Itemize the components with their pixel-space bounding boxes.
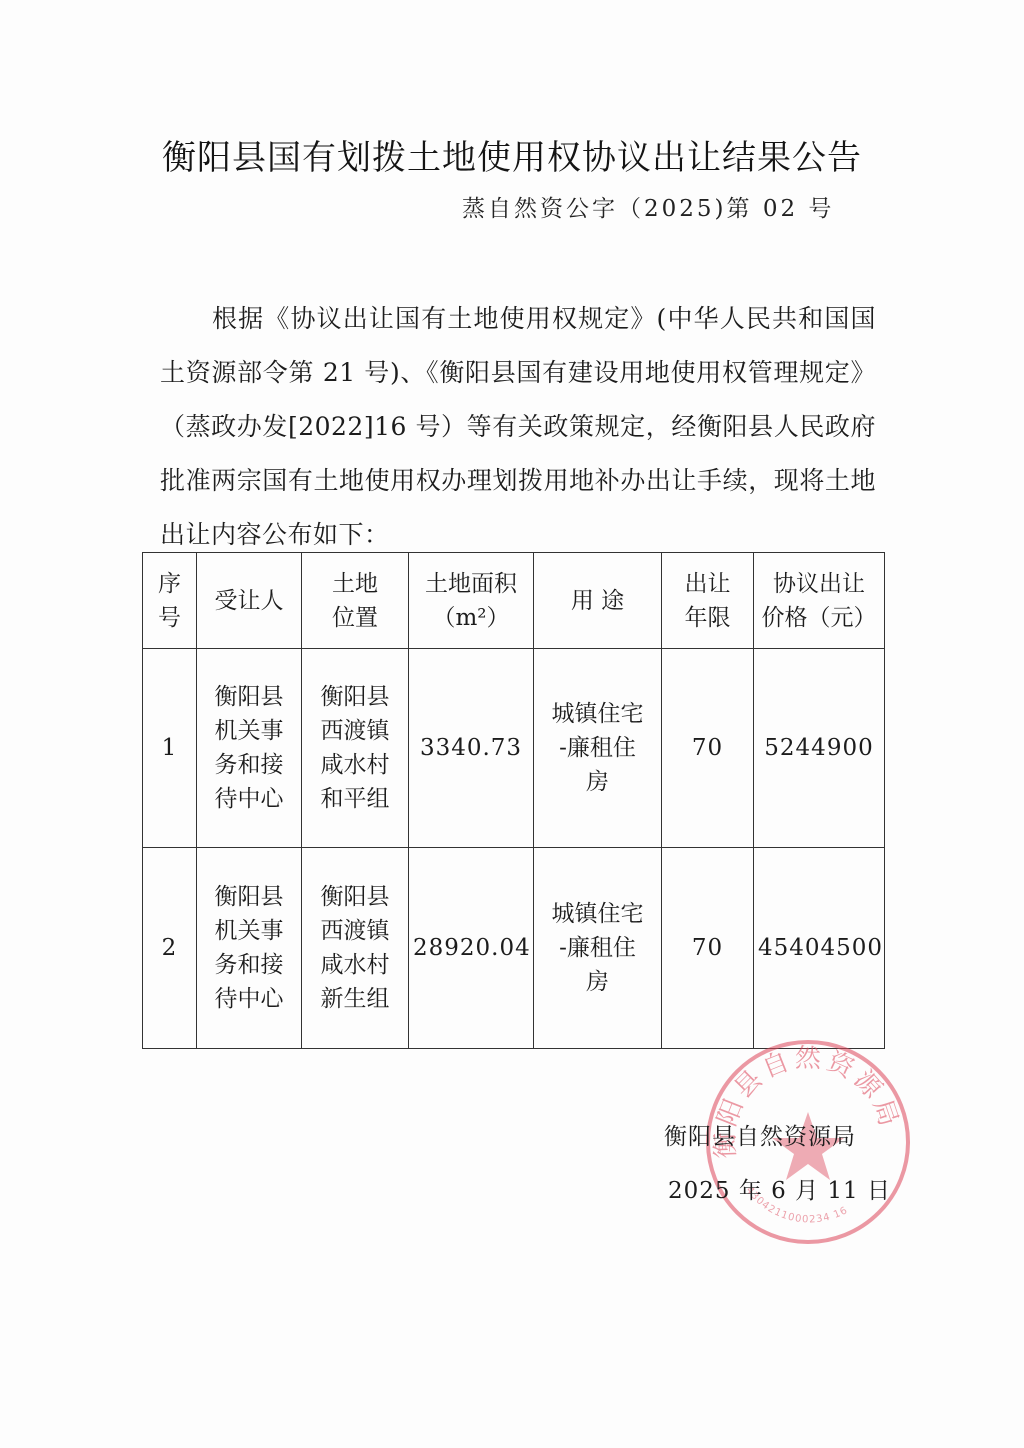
table-header-row: 序 号 受让人 土地 位置 土地面积 （m²） 用 途 出让 年限 协议出让 价…	[143, 553, 885, 649]
cell-location: 衡阳县 西渡镇 咸水村 新生组	[302, 848, 409, 1049]
header-area: 土地面积 （m²）	[409, 553, 534, 649]
table-row: 1 衡阳县 机关事 务和接 待中心 衡阳县 西渡镇 咸水村 和平组 3340.7…	[143, 649, 885, 848]
header-usage: 用 途	[534, 553, 662, 649]
header-price: 协议出让 价格（元）	[754, 553, 885, 649]
header-seq: 序 号	[143, 553, 197, 649]
cell-term: 70	[662, 848, 754, 1049]
cell-location: 衡阳县 西渡镇 咸水村 和平组	[302, 649, 409, 848]
issuer-name: 衡阳县自然资源局	[664, 1118, 856, 1151]
cell-area: 28920.04	[409, 848, 534, 1049]
body-paragraph: 根据《协议出让国有土地使用权规定》(中华人民共和国国土资源部令第 21 号)、《…	[160, 292, 876, 562]
cell-usage: 城镇住宅 -廉租住 房	[534, 848, 662, 1049]
header-location: 土地 位置	[302, 553, 409, 649]
cell-assignee: 衡阳县 机关事 务和接 待中心	[197, 649, 302, 848]
cell-usage: 城镇住宅 -廉租住 房	[534, 649, 662, 848]
document-number: 蒸自然资公字（2025)第 02 号	[462, 190, 882, 223]
table-row: 2 衡阳县 机关事 务和接 待中心 衡阳县 西渡镇 咸水村 新生组 28920.…	[143, 848, 885, 1049]
issue-date: 2025 年 6 月 11 日	[668, 1172, 891, 1205]
cell-seq: 1	[143, 649, 197, 848]
cell-area: 3340.73	[409, 649, 534, 848]
cell-price: 45404500	[754, 848, 885, 1049]
document-page: 衡阳县国有划拨土地使用权协议出让结果公告 蒸自然资公字（2025)第 02 号 …	[0, 0, 1024, 1448]
cell-term: 70	[662, 649, 754, 848]
cell-price: 5244900	[754, 649, 885, 848]
land-transfer-table: 序 号 受让人 土地 位置 土地面积 （m²） 用 途 出让 年限 协议出让 价…	[142, 552, 885, 1049]
cell-seq: 2	[143, 848, 197, 1049]
header-assignee: 受让人	[197, 553, 302, 649]
document-title: 衡阳县国有划拨土地使用权协议出让结果公告	[140, 130, 884, 179]
header-term: 出让 年限	[662, 553, 754, 649]
cell-assignee: 衡阳县 机关事 务和接 待中心	[197, 848, 302, 1049]
